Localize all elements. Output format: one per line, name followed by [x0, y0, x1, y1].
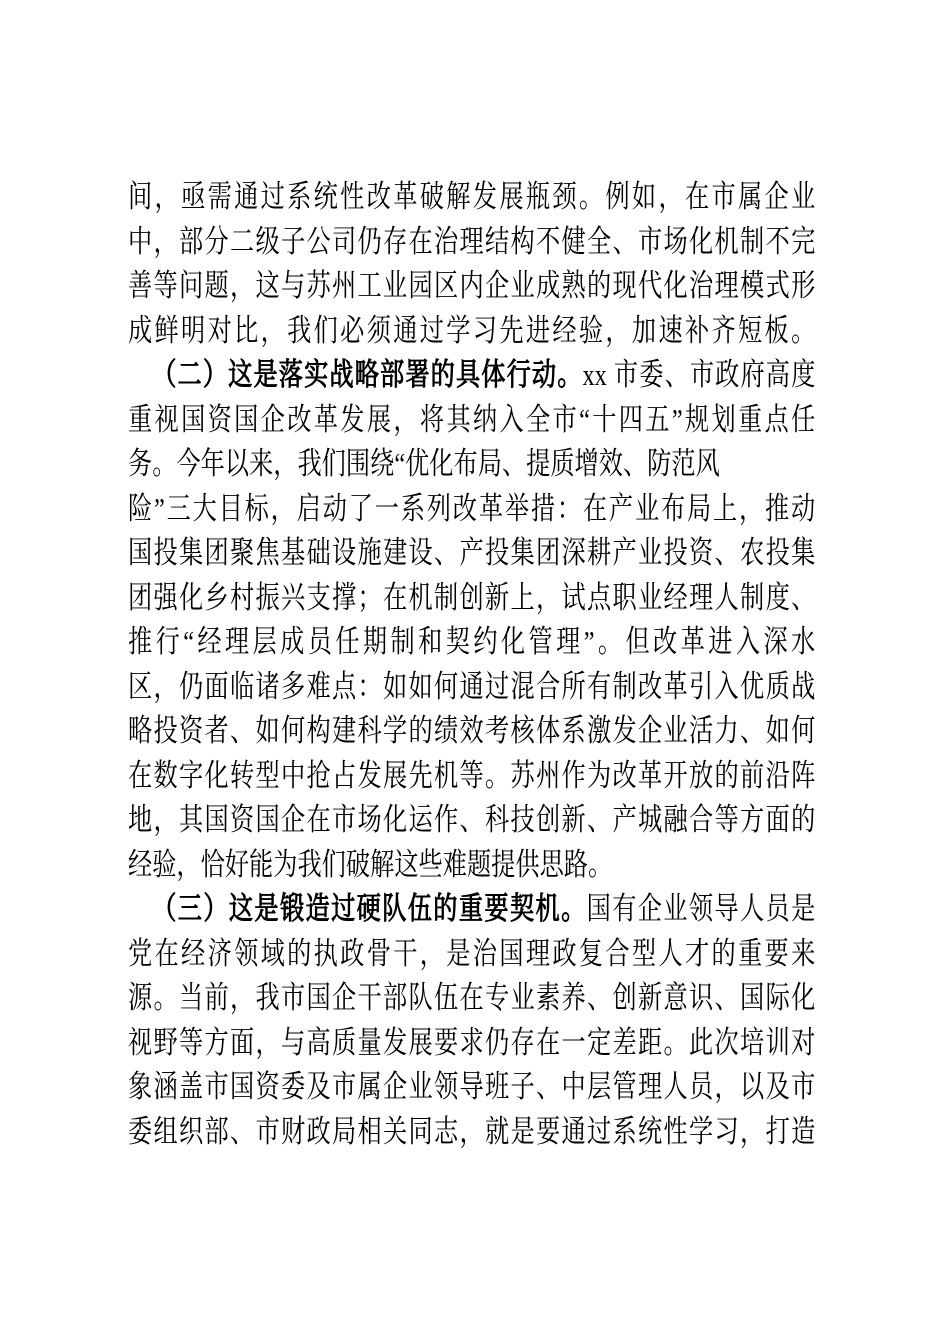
text-line: 经验，恰好能为我们破解这些难题提供思路。	[128, 843, 815, 888]
line-text: 区，仍面临诸多难点：如如何通过混合所有制改革引入优质战	[128, 669, 815, 704]
line-text: 推行“经理层成员任期制和契约化管理”。但改革进入深水	[128, 624, 815, 659]
line-text: 经验，恰好能为我们破解这些难题提供思路。	[128, 847, 612, 882]
line-text: 间，亟需通过系统性改革破解发展瓶颈。例如，在市属企业	[128, 179, 815, 214]
text-line: 在数字化转型中抢占发展先机等。苏州作为改革开放的前沿阵	[128, 754, 815, 799]
text-line: 团强化乡村振兴支撑；在机制创新上，试点职业经理人制度、	[128, 576, 815, 621]
text-line: 象涵盖市国资委及市属企业领导班子、中层管理人员，以及市	[128, 1065, 815, 1110]
text-line: 推行“经理层成员任期制和契约化管理”。但改革进入深水	[128, 620, 815, 665]
text-line: （三）这是锻造过硬队伍的重要契机。国有企业领导人员是	[128, 887, 815, 932]
line-text: 险”三大目标，启动了一系列改革举措：在产业布局上，推动	[128, 491, 815, 526]
line-text: 务。今年以来，我们围绕“优化布局、提质增效、防范风	[128, 446, 720, 481]
line-text: 在数字化转型中抢占发展先机等。苏州作为改革开放的前沿阵	[128, 758, 815, 793]
line-text: 善等问题，这与苏州工业园区内企业成熟的现代化治理模式形	[128, 268, 815, 303]
line-text: 地，其国资国企在市场化运作、科技创新、产城融合等方面的	[128, 802, 815, 837]
bold-lead-text: （二）这是落实战略部署的具体行动。	[152, 357, 582, 392]
text-line: 略投资者、如何构建科学的绩效考核体系激发企业活力、如何	[128, 709, 815, 754]
text-line: 中，部分二级子公司仍存在治理结构不健全、市场化机制不完	[128, 220, 815, 265]
text-line: 务。今年以来，我们围绕“优化布局、提质增效、防范风	[128, 442, 815, 487]
text-line: 国投集团聚焦基础设施建设、产投集团深耕产业投资、农投集	[128, 531, 815, 576]
line-text: 源。当前，我市国企干部队伍在专业素养、创新意识、国际化	[128, 980, 815, 1015]
line-text: 略投资者、如何构建科学的绩效考核体系激发企业活力、如何	[128, 713, 815, 748]
text-line: 地，其国资国企在市场化运作、科技创新、产城融合等方面的	[128, 798, 815, 843]
line-text: 象涵盖市国资委及市属企业领导班子、中层管理人员，以及市	[128, 1069, 815, 1104]
document-page: 间，亟需通过系统性改革破解发展瓶颈。例如，在市属企业中，部分二级子公司仍存在治理…	[0, 0, 950, 1344]
line-text: 委组织部、市财政局相关同志，就是要通过系统性学习，打造	[128, 1114, 815, 1149]
line-text: 重视国资国企改革发展，将其纳入全市“十四五”规划重点任	[128, 402, 815, 437]
text-line: 险”三大目标，启动了一系列改革举措：在产业布局上，推动	[128, 487, 815, 532]
line-text: 成鲜明对比，我们必须通过学习先进经验，加速补齐短板。	[128, 313, 815, 348]
line-text: 国有企业领导人员是	[587, 891, 816, 926]
text-line: 党在经济领域的执政骨干，是治国理政复合型人才的重要来	[128, 932, 815, 977]
text-line: 重视国资国企改革发展，将其纳入全市“十四五”规划重点任	[128, 398, 815, 443]
line-text: 国投集团聚焦基础设施建设、产投集团深耕产业投资、农投集	[128, 535, 815, 570]
text-line: 善等问题，这与苏州工业园区内企业成熟的现代化治理模式形	[128, 264, 815, 309]
text-line: 视野等方面，与高质量发展要求仍存在一定差距。此次培训对	[128, 1021, 815, 1066]
text-line: 成鲜明对比，我们必须通过学习先进经验，加速补齐短板。	[128, 309, 815, 354]
text-line: 区，仍面临诸多难点：如如何通过混合所有制改革引入优质战	[128, 665, 815, 710]
text-line: 源。当前，我市国企干部队伍在专业素养、创新意识、国际化	[128, 976, 815, 1021]
bold-lead-text: （三）这是锻造过硬队伍的重要契机。	[152, 891, 586, 926]
text-line: 委组织部、市财政局相关同志，就是要通过系统性学习，打造	[128, 1110, 815, 1155]
text-line: （二）这是落实战略部署的具体行动。xx 市委、市政府高度	[128, 353, 815, 398]
line-text: 中，部分二级子公司仍存在治理结构不健全、市场化机制不完	[128, 224, 815, 259]
line-text: 党在经济领域的执政骨干，是治国理政复合型人才的重要来	[128, 936, 815, 971]
line-text: xx 市委、市政府高度	[583, 357, 816, 392]
line-text: 视野等方面，与高质量发展要求仍存在一定差距。此次培训对	[128, 1025, 815, 1060]
line-text: 团强化乡村振兴支撑；在机制创新上，试点职业经理人制度、	[128, 580, 815, 615]
text-line: 间，亟需通过系统性改革破解发展瓶颈。例如，在市属企业	[128, 175, 815, 220]
document-body: 间，亟需通过系统性改革破解发展瓶颈。例如，在市属企业中，部分二级子公司仍存在治理…	[128, 175, 815, 1154]
